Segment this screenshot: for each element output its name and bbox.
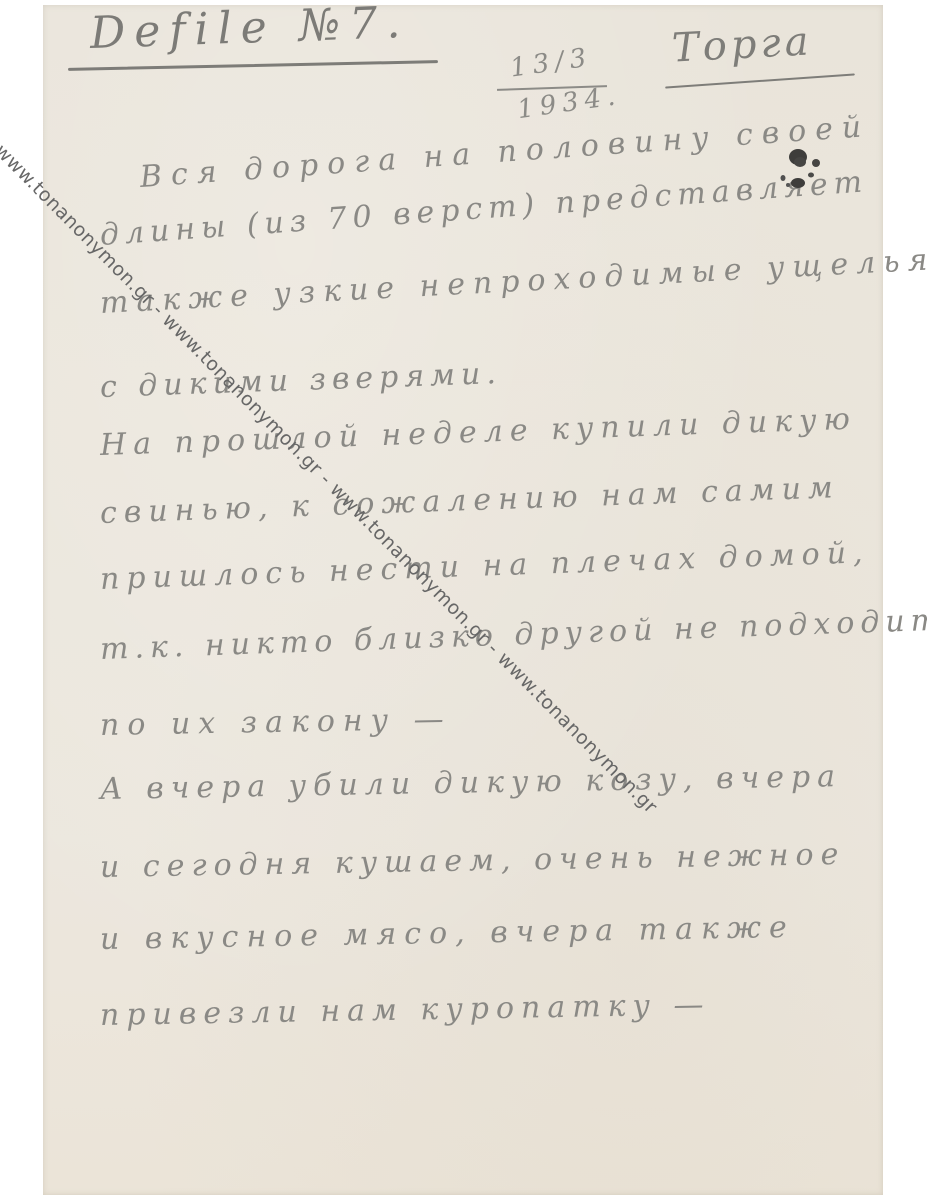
document-heading-right: Торга [671,18,814,71]
ink-blot-icon [775,145,835,205]
handwritten-line: по их закону — [100,702,452,743]
